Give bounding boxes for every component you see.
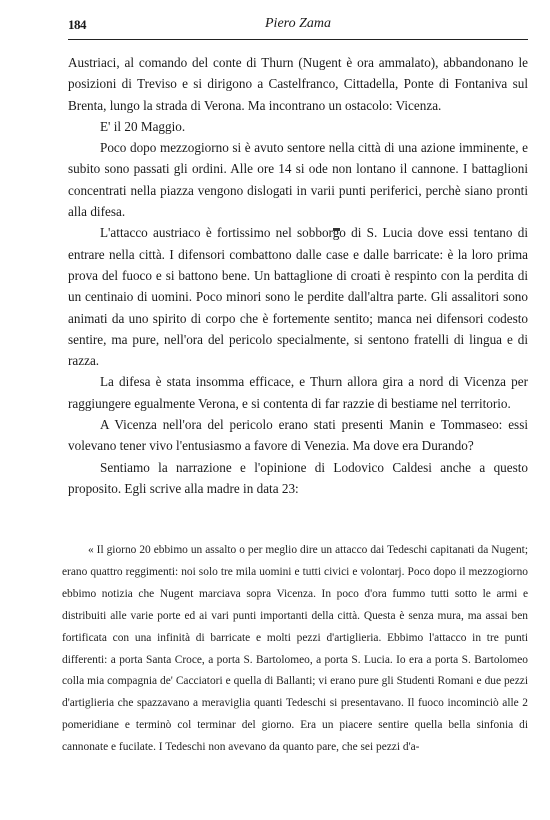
paragraph: Poco dopo mezzogiorno si è avuto sentore… bbox=[68, 137, 528, 222]
paragraph: E' il 20 Maggio. bbox=[68, 116, 528, 137]
paragraph: L'attacco austriaco è fortissimo nel sob… bbox=[68, 222, 528, 371]
header-rule bbox=[68, 39, 528, 40]
running-header: 184 Piero Zama bbox=[68, 14, 528, 36]
paragraph: La difesa è stata insomma efficace, e Th… bbox=[68, 371, 528, 414]
paragraph: A Vicenza nell'ora del pericolo erano st… bbox=[68, 414, 528, 457]
paragraph: Austriaci, al comando del conte di Thurn… bbox=[68, 52, 528, 116]
print-mark bbox=[333, 228, 340, 231]
quoted-letter-text: « Il giorno 20 ebbimo un assalto o per m… bbox=[62, 540, 528, 759]
paragraph: Sentiamo la narrazione e l'opinione di L… bbox=[68, 457, 528, 500]
running-title: Piero Zama bbox=[68, 16, 528, 32]
body-text: Austriaci, al comando del conte di Thurn… bbox=[68, 52, 528, 499]
letter-quotation: « Il giorno 20 ebbimo un assalto o per m… bbox=[62, 540, 528, 759]
